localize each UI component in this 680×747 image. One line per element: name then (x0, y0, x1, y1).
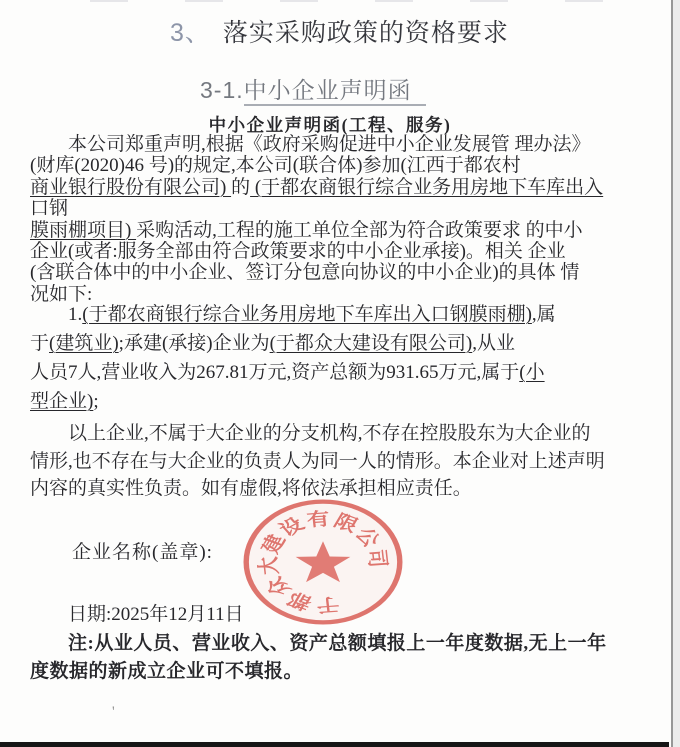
text-segment: 注:从业人员、营业收入、资产总额填报上一年度数据,无上一年 (68, 633, 607, 654)
doc-line: 注:从业人员、营业收入、资产总额填报上一年度数据,无上一年 (30, 630, 648, 658)
svg-text:司: 司 (363, 549, 390, 569)
svg-text:大: 大 (254, 555, 283, 575)
fill-in-blank: (于都农商银行综合业务用房地下车库出入口钢膜雨棚) (82, 304, 532, 325)
fill-in-blank: (建筑业) (49, 333, 119, 354)
scan-edge-top (90, 0, 656, 2)
text-segment: 情形,也不存在与大企业的负责人为同一人的情形。本企业对上述声明 (30, 451, 605, 472)
svg-text:有: 有 (306, 508, 332, 530)
subsection-title: 3-1.中小企业声明函 (200, 72, 426, 105)
company-seal-label: 企业名称(盖章): (72, 537, 213, 564)
scan-edge-right (671, 0, 680, 747)
fill-in-blank: 商业银行股份有限公司) (30, 177, 231, 198)
text-segment: (财库(2020)46 号)的规定,本公司(联合体)参加(江西于都农村 (30, 155, 521, 176)
text-segment: (含联合体中的中小企业、签订分包意向协议的中小企业)的具体 情 (30, 262, 579, 283)
doc-line: 本公司郑重声明,根据《政府采购促进中小企业发展管 理办法》 (30, 134, 648, 155)
subsection-number: 3-1. (200, 77, 244, 103)
fill-in-blank: 型企业) (30, 391, 93, 412)
section-title-text: 落实采购政策的资格要求 (223, 19, 509, 47)
section-number: 3、 (170, 19, 211, 47)
date-label: 日期:2025年12月11日 (68, 599, 244, 626)
doc-line: 人员7人,营业收入为267.81万元,资产总额为931.65万元,属于(小 (30, 358, 648, 387)
scan-edge-bottom (0, 742, 669, 747)
text-segment: ,属 (532, 304, 556, 325)
doc-line: 度数据的新成立企业可不填报。 (30, 658, 648, 686)
text-segment: 本公司郑重声明,根据《政府采购促进中小企业发展管 理办法》 (68, 134, 591, 155)
doc-line: 以上企业,不属于大企业的分支机构,不存在控股股东为大企业的 (30, 420, 648, 448)
doc-line: 于(建筑业);承建(承接)企业为(于都众大建设有限公司),从业 (30, 329, 648, 358)
doc-line: 口钢 (30, 198, 648, 219)
text-segment: 采购活动,工程的施工单位全部为符合政策要求 的中小 (136, 220, 583, 241)
text-segment: ; (93, 391, 98, 412)
doc-line: (含联合体中的中小企业、签订分包意向协议的中小企业)的具体 情 (30, 262, 648, 283)
document-page: 3、落实采购政策的资格要求 3-1.中小企业声明函 中小企业声明函(工程、服务)… (0, 0, 680, 747)
fill-in-blank: (于都众大建设有限公司) (270, 333, 473, 354)
doc-line: 商业银行股份有限公司) 的 (于都农商银行综合业务用房地下车库出入 (30, 177, 648, 198)
section-title: 3、落实采购政策的资格要求 (170, 13, 509, 49)
text-segment: 1. (68, 304, 82, 325)
paragraph-item1: 1.(于都农商银行综合业务用房地下车库出入口钢膜雨棚),属 于(建筑业);承建(… (30, 300, 648, 416)
svg-text:于: 于 (315, 593, 340, 615)
doc-line: 型企业); (30, 387, 648, 416)
text-segment: 企业(或者:服务全部由符合政策要求的中小企业承接)。相关 企业 (30, 241, 566, 262)
paragraph-intro: 本公司郑重声明,根据《政府采购促进中小企业发展管 理办法》 (财库(2020)4… (30, 134, 648, 305)
doc-line: 1.(于都农商银行综合业务用房地下车库出入口钢膜雨棚),属 (30, 300, 648, 329)
doc-line: 膜雨棚项目) 采购活动,工程的施工单位全部为符合政策要求 的中小 (30, 220, 648, 241)
text-segment: 的 (231, 177, 250, 198)
text-segment: 口钢 (30, 198, 68, 219)
doc-line: 企业(或者:服务全部由符合政策要求的中小企业承接)。相关 企业 (30, 241, 648, 262)
text-segment: 以上企业,不属于大企业的分支机构,不存在控股股东为大企业的 (68, 423, 591, 444)
note-paragraph: 注:从业人员、营业收入、资产总额填报上一年度数据,无上一年 度数据的新成立企业可… (30, 630, 648, 685)
paragraph-statement: 以上企业,不属于大企业的分支机构,不存在控股股东为大企业的 情形,也不存在与大企… (30, 420, 648, 503)
fill-in-blank: 膜雨棚项目) (30, 220, 136, 241)
doc-line: 情形,也不存在与大企业的负责人为同一人的情形。本企业对上述声明 (30, 448, 648, 476)
text-segment: 度数据的新成立企业可不填报。 (30, 661, 303, 682)
text-segment: 人员7人,营业收入为267.81万元,资产总额为931.65万元,属于 (30, 362, 519, 383)
text-segment: ;承建(承接)企业为 (119, 333, 270, 354)
subsection-name: 中小企业声明函 (244, 77, 426, 106)
fill-in-blank: (小 (519, 362, 544, 383)
text-segment: ,从业 (472, 333, 515, 354)
text-segment: 于 (30, 333, 49, 354)
doc-line: (财库(2020)46 号)的规定,本公司(联合体)参加(江西于都农村 (30, 155, 648, 176)
fill-in-blank: (于都农商银行综合业务用房地下车库出入 (250, 177, 603, 198)
scan-smudge: ' (112, 704, 115, 721)
company-seal: 于 都 众 大 建 设 有 限 公 司 (239, 496, 407, 628)
